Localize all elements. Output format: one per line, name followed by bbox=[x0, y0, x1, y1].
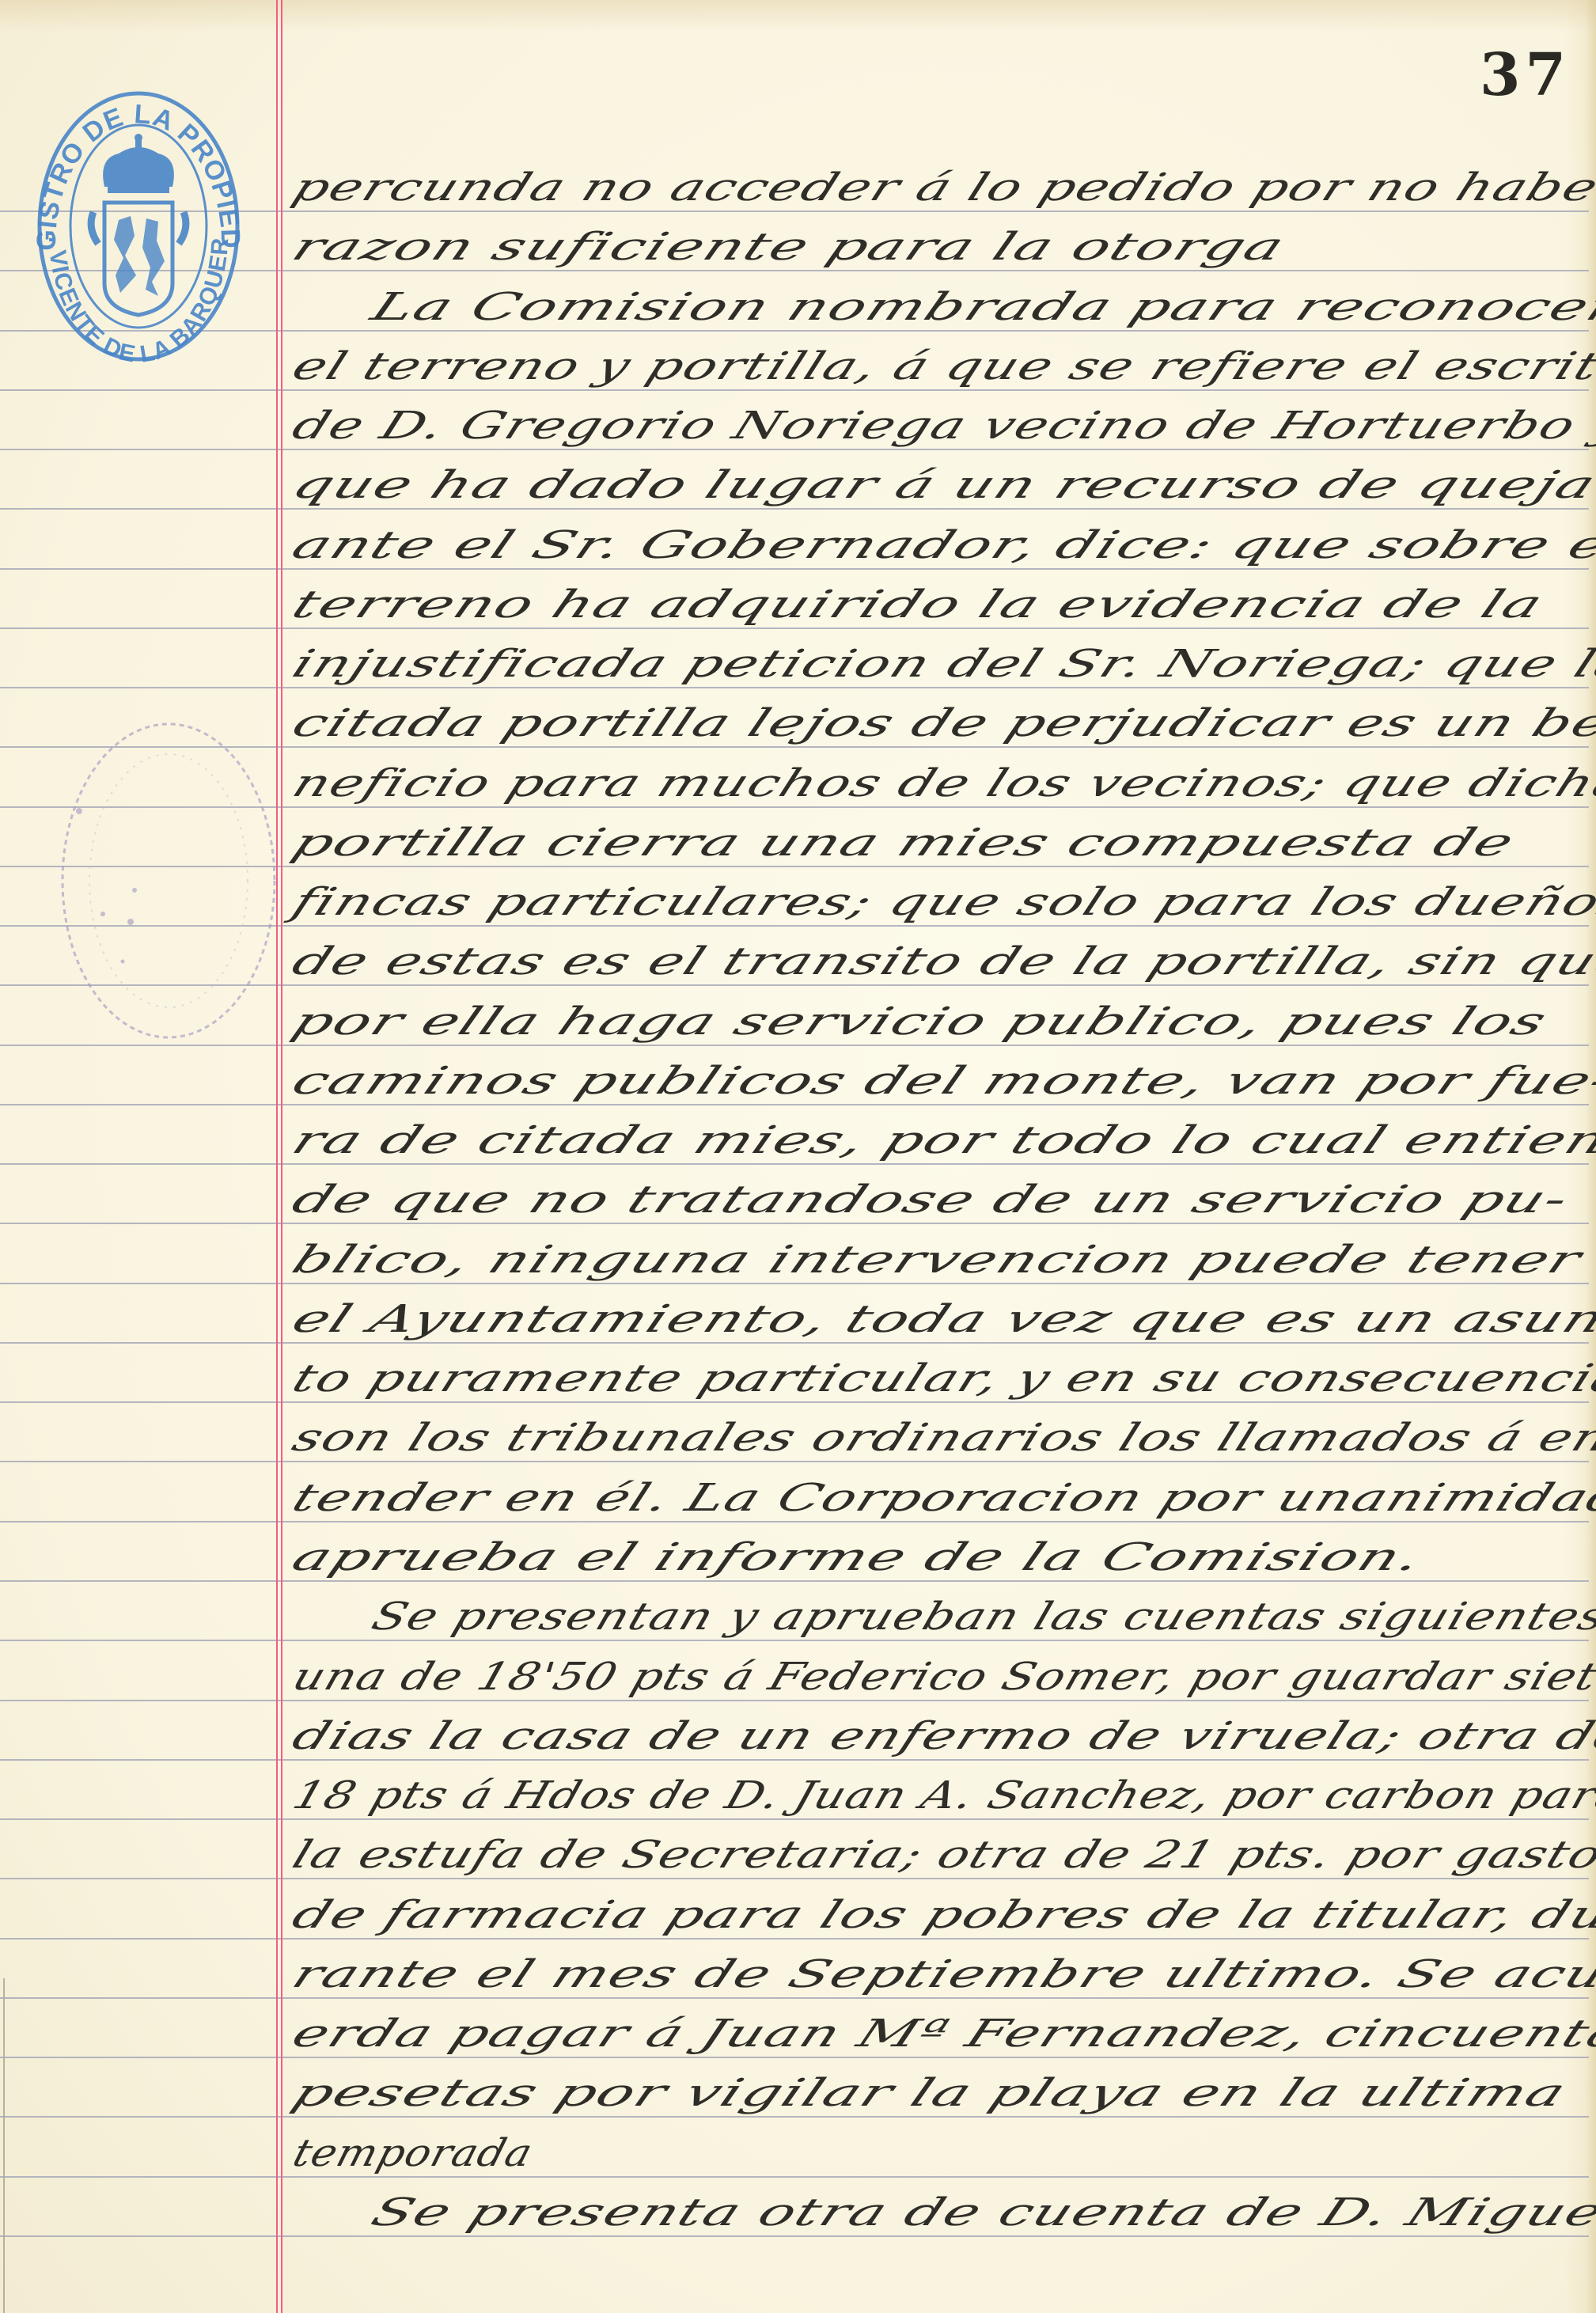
manuscript-line: citada portilla lejos de perjudicar es u… bbox=[294, 696, 1596, 751]
manuscript-line: temporada bbox=[294, 2125, 532, 2181]
manuscript-line: de farmacia para los pobres de la titula… bbox=[294, 1887, 1596, 1943]
crown-icon bbox=[103, 134, 174, 193]
manuscript-line: razon suficiente para la otorga bbox=[294, 219, 1283, 275]
manuscript-line: 18 pts á Hdos de D. Juan A. Sanchez, por… bbox=[294, 1768, 1596, 1823]
manuscript-line: to puramente particular, y en su consecu… bbox=[294, 1351, 1596, 1406]
manuscript-line: que ha dado lugar á un recurso de queja bbox=[294, 457, 1594, 513]
ledger-page: 37 REGISTRO DE LA PROPIEDAD S. VICENTE D… bbox=[0, 0, 1596, 2313]
page-number: 37 bbox=[1480, 41, 1571, 109]
manuscript-line: blico, ninguna intervencion puede tener bbox=[294, 1232, 1580, 1287]
manuscript-line: erda pagar á Juan Mª Fernandez, cincuent… bbox=[294, 2006, 1596, 2061]
manuscript-line: Se presentan y aprueban las cuentas sigu… bbox=[373, 1589, 1596, 1644]
property-registry-stamp: REGISTRO DE LA PROPIEDAD S. VICENTE DE L… bbox=[32, 85, 245, 370]
manuscript-line: fincas particulares; que solo para los d… bbox=[294, 874, 1596, 930]
faded-oval-stamp bbox=[55, 716, 285, 1048]
manuscript-line: de que no tratandose de un servicio pu- bbox=[294, 1172, 1568, 1227]
manuscript-line: por ella haga servicio publico, pues los bbox=[294, 994, 1545, 1049]
manuscript-line: caminos publicos del monte, van por fue- bbox=[294, 1053, 1596, 1109]
manuscript-line: una de 18'50 pts á Federico Somer, por g… bbox=[294, 1649, 1596, 1704]
manuscript-line: ra de citada mies, por todo lo cual enti… bbox=[294, 1113, 1596, 1168]
manuscript-line: Se presenta otra de cuenta de D. Miguel bbox=[373, 2185, 1596, 2240]
ruled-line bbox=[0, 2176, 1589, 2178]
manuscript-line: percunda no acceder á lo pedido por no h… bbox=[294, 160, 1596, 215]
manuscript-line: rante el mes de Septiembre ultimo. Se ac… bbox=[294, 1947, 1596, 2002]
coat-of-arms-icon bbox=[91, 203, 186, 315]
manuscript-line: el terreno y portilla, á que se refiere … bbox=[294, 339, 1596, 394]
manuscript-line: aprueba el informe de la Comision. bbox=[294, 1530, 1420, 1585]
manuscript-line: pesetas por vigilar la playa en la ultim… bbox=[294, 2065, 1564, 2121]
manuscript-line: la estufa de Secretaria; otra de 21 pts.… bbox=[294, 1827, 1596, 1883]
manuscript-line: dias la casa de un enfermo de viruela; o… bbox=[294, 1708, 1596, 1764]
manuscript-line: La Comision nombrada para reconocer bbox=[373, 279, 1596, 335]
manuscript-line: son los tribunales ordinarios los llamad… bbox=[294, 1410, 1596, 1466]
manuscript-line: tender en él. La Corporacion por unanimi… bbox=[294, 1470, 1596, 1526]
manuscript-line: de estas es el transito de la portilla, … bbox=[294, 934, 1596, 989]
manuscript-line: neficio para muchos de los vecinos; que … bbox=[294, 756, 1596, 811]
manuscript-line: de D. Gregorio Noriega vecino de Hortuer… bbox=[294, 398, 1596, 453]
page-edge bbox=[3, 1978, 5, 2313]
manuscript-line: portilla cierra una mies compuesta de bbox=[294, 815, 1513, 870]
margin-line-left bbox=[276, 0, 278, 2313]
manuscript-line: ante el Sr. Gobernador, dice: que sobre … bbox=[294, 518, 1596, 573]
manuscript-line: terreno ha adquirido la evidencia de la bbox=[294, 577, 1541, 632]
manuscript-line: el Ayuntamiento, toda vez que es un asun… bbox=[294, 1291, 1596, 1347]
margin-line-right bbox=[281, 0, 282, 2313]
manuscript-line: injustificada peticion del Sr. Noriega; … bbox=[294, 636, 1596, 692]
